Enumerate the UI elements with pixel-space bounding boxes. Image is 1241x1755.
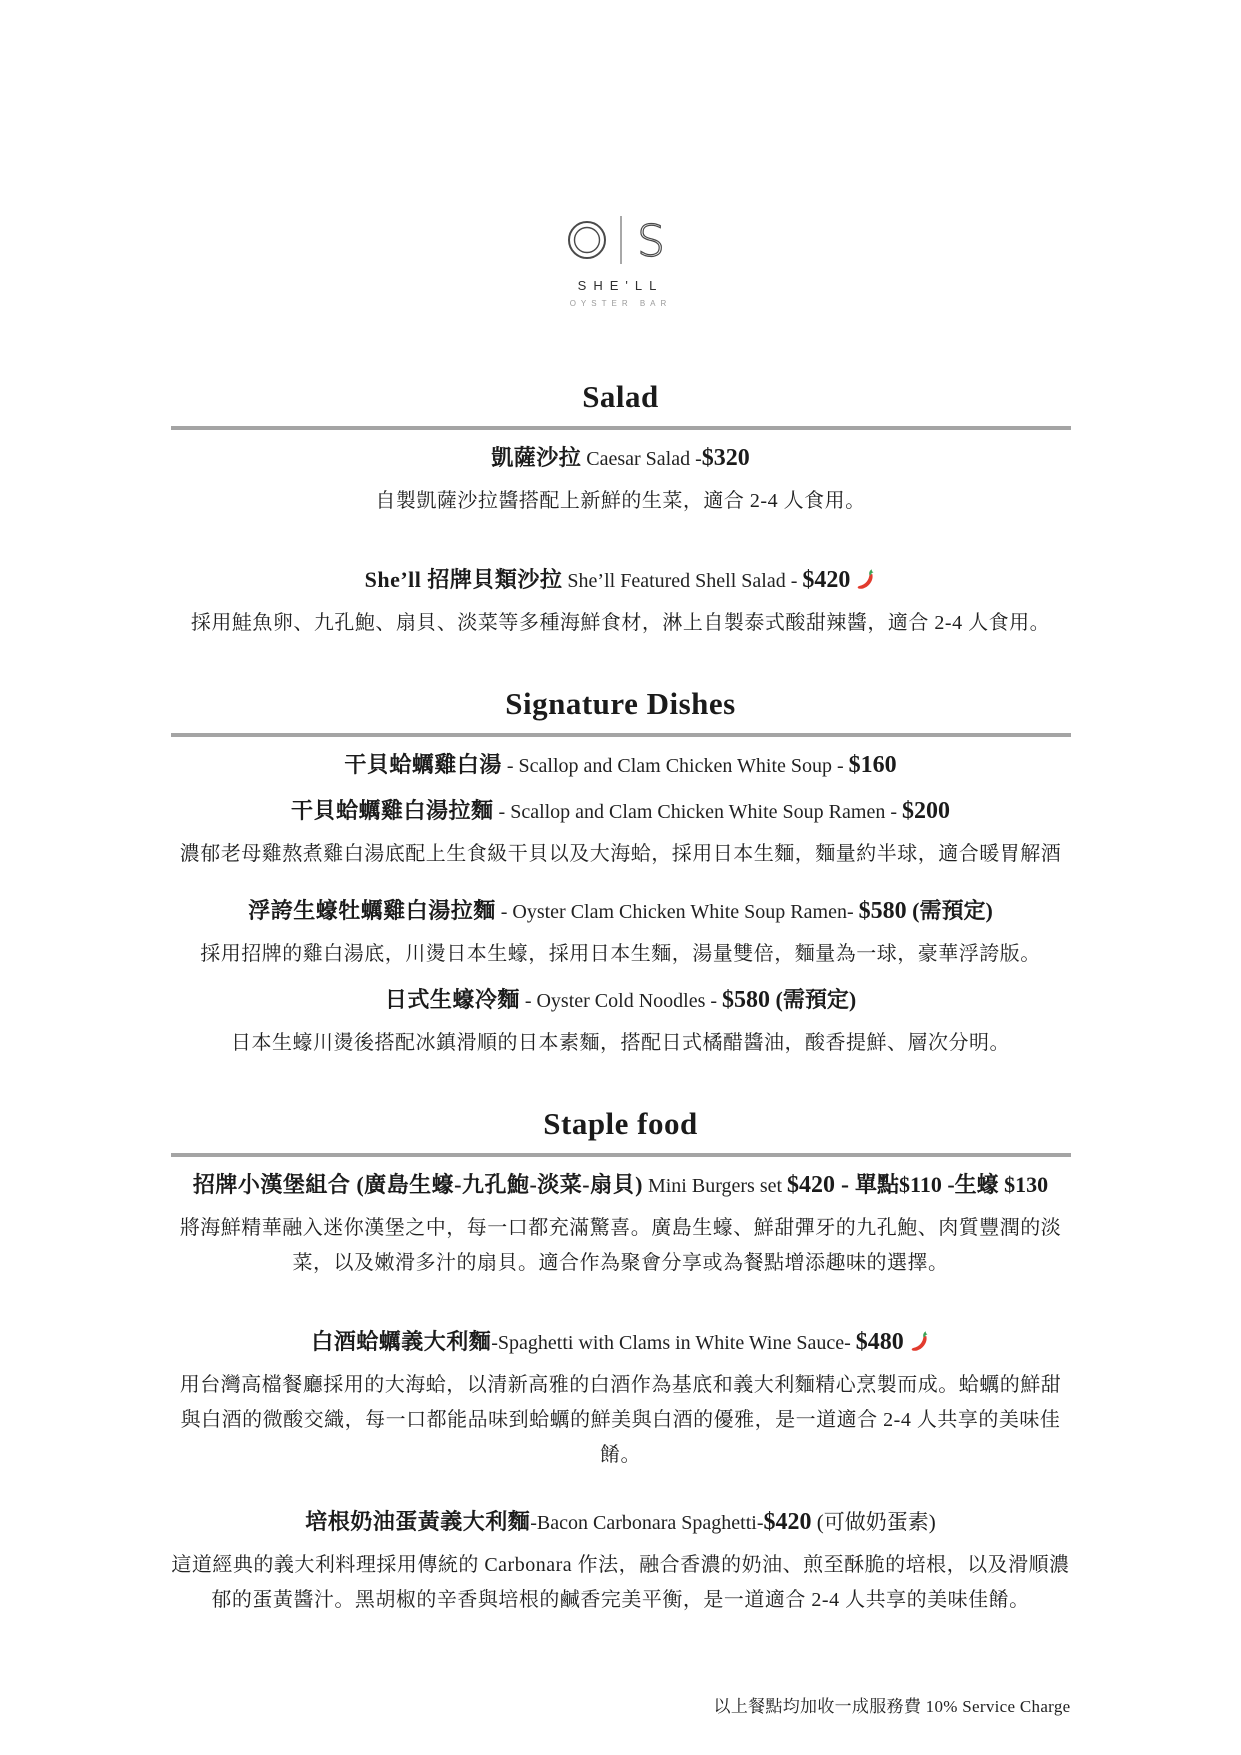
item-price: $420 - [787,1172,855,1198]
menu-item-chicken-white-soup: 干貝蛤蠣雞白湯 - Scallop and Clam Chicken White… [171,750,1071,783]
section-title: Salad [171,378,1071,416]
item-price: $160 [849,752,897,778]
item-name-en: - Scallop and Clam Chicken White Soup Ra… [494,801,902,823]
item-note: (可做奶蛋素) [812,1510,936,1534]
menu-page: S SHE'LL OYSTER BAR Salad 凱薩沙拉 Caesar Sa… [171,0,1071,1618]
item-description: 日本生蠔川燙後搭配冰鎮滑順的日本素麵，搭配日式橘醋醬油，酸香提鮮、層次分明。 [171,1026,1071,1061]
section-salad: Salad 凱薩沙拉 Caesar Salad -$320 自製凱薩沙拉醬搭配上… [171,378,1071,641]
item-title: 白酒蛤蠣義大利麵-Spaghetti with Clams in White W… [171,1327,1071,1360]
item-title: 浮誇生蠔牡蠣雞白湯拉麵 - Oyster Clam Chicken White … [171,896,1071,929]
section-title: Signature Dishes [171,685,1071,723]
item-description: 採用鮭魚卵、九孔鮑、扇貝、淡菜等多種海鮮食材，淋上自製泰式酸甜辣醬，適合 2-4… [171,606,1071,641]
item-name-en: Caesar Salad - [581,448,702,470]
menu-item-chicken-white-soup-ramen: 干貝蛤蠣雞白湯拉麵 - Scallop and Clam Chicken Whi… [171,796,1071,872]
item-title: 招牌小漢堡組合 (廣島生蠔-九孔鮑-淡菜-扇貝) Mini Burgers se… [171,1170,1071,1203]
section-title: Staple food [171,1105,1071,1143]
item-name-en: She’ll Featured Shell Salad - [562,570,802,592]
item-title: 干貝蛤蠣雞白湯拉麵 - Scallop and Clam Chicken Whi… [171,796,1071,829]
section-divider [171,426,1071,430]
item-title: 凱薩沙拉 Caesar Salad -$320 [171,443,1071,476]
item-description: 將海鮮精華融入迷你漢堡之中，每一口都充滿驚喜。廣島生蠔、鮮甜彈牙的九孔鮑、肉質豐… [171,1211,1071,1281]
item-name-zh: 干貝蛤蠣雞白湯拉麵 [291,798,494,823]
section-divider [171,1153,1071,1157]
item-extra-pricing: 單點$110 -生蠔 $130 [855,1172,1048,1197]
section-signature-dishes: Signature Dishes 干貝蛤蠣雞白湯 - Scallop and C… [171,685,1071,1061]
item-name-en: - Oyster Cold Noodles - [520,990,722,1012]
item-title: She’ll 招牌貝類沙拉 She’ll Featured Shell Sala… [171,565,1071,598]
restaurant-logo: S SHE'LL OYSTER BAR [171,0,1071,308]
menu-item-mini-burgers-set: 招牌小漢堡組合 (廣島生蠔-九孔鮑-淡菜-扇貝) Mini Burgers se… [171,1170,1071,1281]
item-description: 這道經典的義大利料理採用傳統的 Carbonara 作法，融合香濃的奶油、煎至酥… [171,1548,1071,1618]
item-description: 採用招牌的雞白湯底，川燙日本生蠔，採用日本生麵，湯量雙倍，麵量為一球，豪華浮誇版… [171,937,1071,972]
item-name-zh: She’ll 招牌貝類沙拉 [365,567,563,592]
item-price: $420 [802,567,850,593]
item-description: 自製凱薩沙拉醬搭配上新鮮的生菜，適合 2-4 人食用。 [171,484,1071,519]
section-divider [171,733,1071,737]
menu-item-bacon-carbonara: 培根奶油蛋黃義大利麵-Bacon Carbonara Spaghetti-$42… [171,1507,1071,1618]
item-title: 培根奶油蛋黃義大利麵-Bacon Carbonara Spaghetti-$42… [171,1507,1071,1540]
item-price: $480 [856,1329,904,1355]
item-name-zh: 招牌小漢堡組合 (廣島生蠔-九孔鮑-淡菜-扇貝) [193,1172,643,1197]
item-name-zh: 干貝蛤蠣雞白湯 [344,752,502,777]
menu-item-caesar-salad: 凱薩沙拉 Caesar Salad -$320 自製凱薩沙拉醬搭配上新鮮的生菜，… [171,443,1071,519]
item-price: $580 [859,898,907,924]
item-name-en: Mini Burgers set [643,1175,787,1197]
item-name-zh: 白酒蛤蠣義大利麵 [311,1329,491,1354]
brand-name: SHE'LL [171,278,1071,293]
item-title: 日式生蠔冷麵 - Oyster Cold Noodles - $580 (需預定… [171,985,1071,1018]
item-note: (需預定) [770,987,856,1012]
item-price: $200 [902,798,950,824]
menu-item-white-wine-clam-spaghetti: 白酒蛤蠣義大利麵-Spaghetti with Clams in White W… [171,1327,1071,1473]
chili-icon [910,1329,930,1353]
item-name-en: - Oyster Clam Chicken White Soup Ramen- [496,901,859,923]
service-charge-note: 以上餐點均加收一成服務費 10% Service Charge [171,1692,1071,1717]
item-name-zh: 凱薩沙拉 [491,445,581,470]
item-price: $580 [722,987,770,1013]
item-title: 干貝蛤蠣雞白湯 - Scallop and Clam Chicken White… [171,750,1071,783]
item-name-en: -Bacon Carbonara Spaghetti- [530,1512,763,1534]
item-note: (需預定) [907,898,993,923]
menu-item-oyster-cold-noodles: 日式生蠔冷麵 - Oyster Cold Noodles - $580 (需預定… [171,985,1071,1061]
item-name-zh: 日式生蠔冷麵 [385,987,520,1012]
item-name-en: - Scallop and Clam Chicken White Soup - [502,755,849,777]
menu-item-featured-shell-salad: She’ll 招牌貝類沙拉 She’ll Featured Shell Sala… [171,565,1071,641]
item-price: $320 [702,445,750,471]
section-staple-food: Staple food 招牌小漢堡組合 (廣島生蠔-九孔鮑-淡菜-扇貝) Min… [171,1105,1071,1618]
menu-item-oyster-clam-ramen: 浮誇生蠔牡蠣雞白湯拉麵 - Oyster Clam Chicken White … [171,896,1071,972]
item-price: $420 [764,1509,812,1535]
item-name-en: -Spaghetti with Clams in White Wine Sauc… [491,1332,856,1354]
oyster-bar-monogram-icon: S [559,212,683,268]
item-description: 濃郁老母雞熬煮雞白湯底配上生食級干貝以及大海蛤，採用日本生麵，麵量約半球，適合暖… [171,837,1071,872]
item-name-zh: 培根奶油蛋黃義大利麵 [305,1509,530,1534]
brand-subtitle: OYSTER BAR [171,299,1071,308]
item-name-zh: 浮誇生蠔牡蠣雞白湯拉麵 [248,898,496,923]
svg-text:S: S [637,216,665,267]
chili-icon [856,567,876,591]
item-description: 用台灣高檔餐廳採用的大海蛤，以清新高雅的白酒作為基底和義大利麵精心烹製而成。蛤蠣… [171,1368,1071,1473]
